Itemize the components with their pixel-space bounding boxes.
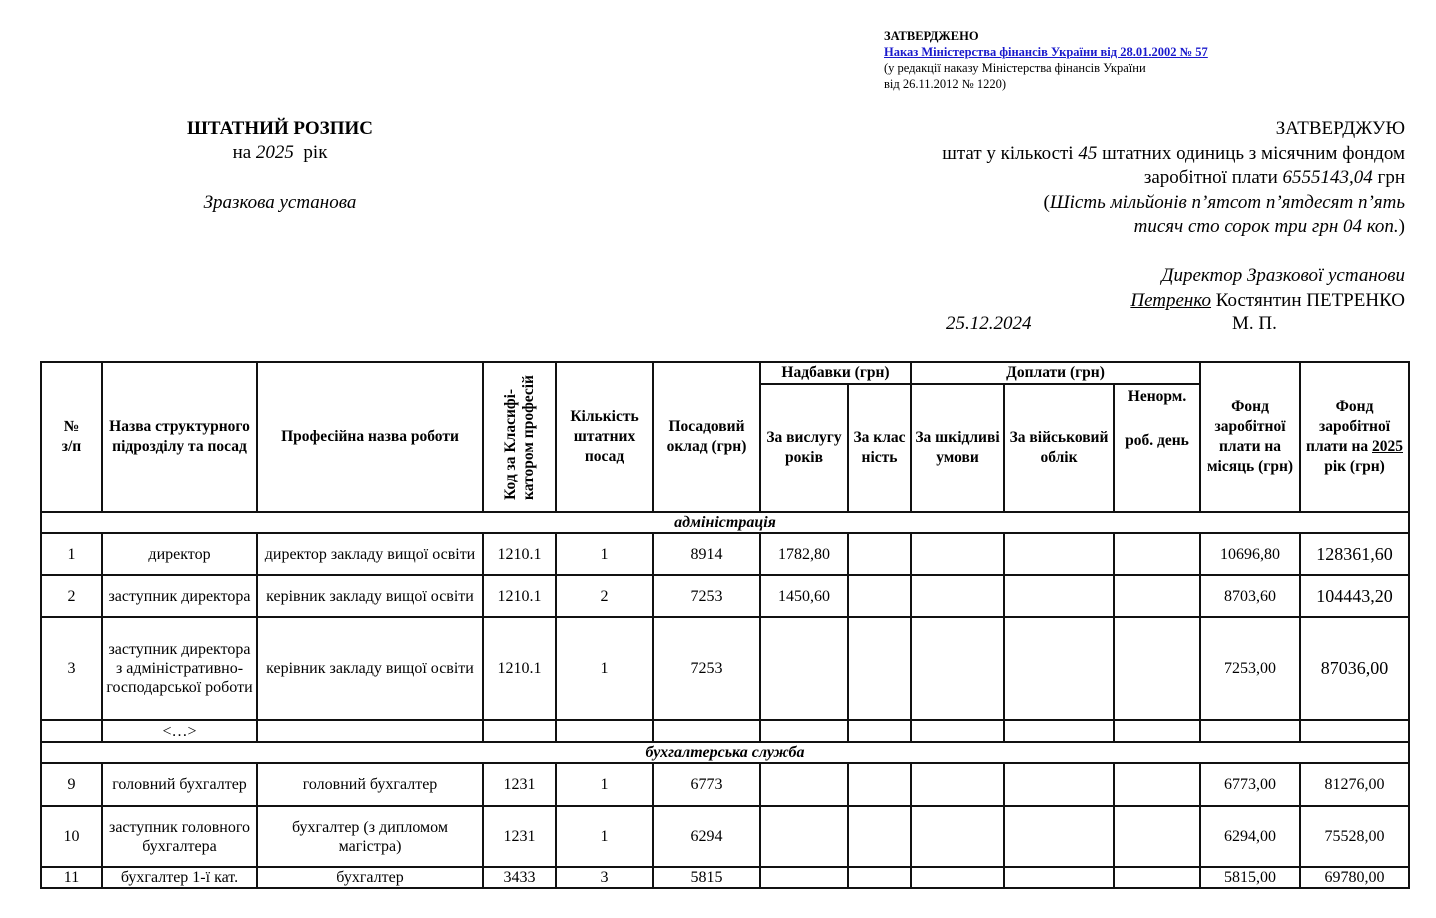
document-year: 2025 [256,142,294,163]
header-code-vertical: Код за Класифі- катором професій [502,375,538,500]
cell-harmful [911,867,1004,888]
cell-fund-month: 7253,00 [1200,617,1300,720]
header-allowances: Надбавки (грн) [760,362,911,384]
cell-unit: заступник директора [102,575,257,617]
cell-count: 1 [556,806,653,867]
cell-class [848,575,911,617]
order-link[interactable]: Наказ Міністерства фінансів України від … [884,45,1208,59]
cell-profession: бухгалтер (з дипломом магістра) [257,806,483,867]
header-irregular-bottom: роб. день [1117,431,1197,451]
cell-military [1004,867,1114,888]
cell-irregular [1114,806,1200,867]
edition-line-2: від 26.11.2012 № 1220) [884,76,1208,92]
cell-count: 3 [556,867,653,888]
cell-fund-year: 128361,60 [1300,533,1409,575]
cell-harmful [911,533,1004,575]
cell-fund-year: 81276,00 [1300,763,1409,806]
approval-date: 25.12.2024 [946,313,1032,335]
cell-fund-month: 5815,00 [1200,867,1300,888]
cell-class [848,867,911,888]
staff-count: 45 [1078,143,1097,164]
approved-title: ЗАТВЕРДЖЕНО [884,28,1208,44]
cell-count: 1 [556,617,653,720]
fund-currency: грн [1378,167,1405,188]
header-irregular-top: Ненорм. [1117,387,1197,407]
cell-fund-year [1300,720,1409,742]
year-suffix: рік [303,142,327,163]
staff-prefix: штат у кількості [942,143,1073,164]
cell-profession: керівник закладу вищої освіти [257,617,483,720]
cell-salary: 7253 [653,575,760,617]
document-year-line: на 2025 рік [120,141,440,165]
header-fund-month: Фонд заробітної плати на місяць (грн) [1200,362,1300,512]
fund-line: заробітної плати 6555143,04 грн [785,166,1405,191]
section-row: адміністрація [41,512,1409,533]
amount-words-line-1: (Шість мільйонів п’ятсот п’ятдесят п’ять [785,191,1405,216]
cell-unit: <…> [102,720,257,742]
header-code-line2: катором професій [520,375,538,500]
signatory-role: Директор Зразкової установи [785,264,1405,289]
cell-military [1004,575,1114,617]
cell-fund-year: 87036,00 [1300,617,1409,720]
signatory-name: Костянтин ПЕТРЕНКО [1216,290,1405,311]
cell-class [848,763,911,806]
approval-block: ЗАТВЕРДЖУЮ штат у кількості 45 штатних о… [785,117,1405,240]
fund-amount: 6555143,04 [1283,167,1373,188]
header-unit: Назва структурного підрозділу та посад [102,362,257,512]
cell-unit: директор [102,533,257,575]
cell-num: 10 [41,806,102,867]
section-row: бухгалтерська служба [41,742,1409,763]
cell-fund-year: 104443,20 [1300,575,1409,617]
cell-count: 1 [556,533,653,575]
cell-harmful [911,720,1004,742]
cell-code: 1210.1 [483,617,556,720]
cell-num: 1 [41,533,102,575]
signature: Петренко [1130,290,1211,311]
amount-words-line-2: тисяч сто сорок три грн 04 коп.) [785,215,1405,240]
cell-class [848,720,911,742]
header-count: Кількість штатних посад [556,362,653,512]
edition-line-1: (у редакції наказу Міністерства фінансів… [884,60,1208,76]
cell-fund-year: 75528,00 [1300,806,1409,867]
cell-profession: директор закладу вищої освіти [257,533,483,575]
cell-seniority: 1782,80 [760,533,848,575]
header-num-line1: № [44,417,99,437]
cell-irregular [1114,763,1200,806]
cell-fund-month: 10696,80 [1200,533,1300,575]
signatory-line: Петренко Костянтин ПЕТРЕНКО [785,289,1405,314]
staff-schedule-table: № з/п Назва структурного підрозділу та п… [40,361,1410,889]
year-prefix: на [233,142,252,163]
cell-seniority [760,720,848,742]
cell-fund-month: 8703,60 [1200,575,1300,617]
cell-num [41,720,102,742]
cell-fund-year: 69780,00 [1300,867,1409,888]
table-row: 1директордиректор закладу вищої освіти12… [41,533,1409,575]
cell-code: 1231 [483,806,556,867]
cell-code: 1210.1 [483,533,556,575]
header-allow-seniority: За вислугу років [760,384,848,512]
header-code: Код за Класифі- катором професій [483,362,556,512]
cell-profession: керівник закладу вищої освіти [257,575,483,617]
cell-irregular [1114,867,1200,888]
amount-words-2: тисяч сто сорок три грн 04 коп. [1134,216,1399,237]
cell-salary: 6294 [653,806,760,867]
fund-year-suffix: рік (грн) [1324,458,1385,475]
header-sur-harmful: За шкідливі умови [911,384,1004,512]
cell-fund-month: 6773,00 [1200,763,1300,806]
header-surcharges: Доплати (грн) [911,362,1200,384]
cell-irregular [1114,575,1200,617]
fund-prefix: заробітної плати [1144,167,1278,188]
header-num: № з/п [41,362,102,512]
cell-irregular [1114,617,1200,720]
cell-profession: головний бухгалтер [257,763,483,806]
cell-num: 9 [41,763,102,806]
cell-seniority: 1450,60 [760,575,848,617]
cell-military [1004,763,1114,806]
cell-military [1004,806,1114,867]
header-sur-irregular: Ненорм. роб. день [1114,384,1200,512]
amount-words-1: Шість мільйонів п’ятсот п’ятдесят п’ять [1050,192,1405,213]
cell-salary: 5815 [653,867,760,888]
table-row: <…> [41,720,1409,742]
cell-salary [653,720,760,742]
table-row: 11бухгалтер 1-ї кат.бухгалтер34333581558… [41,867,1409,888]
cell-code: 1231 [483,763,556,806]
cell-count [556,720,653,742]
approval-stamp: ЗАТВЕРДЖЕНО Наказ Міністерства фінансів … [884,28,1208,92]
cell-irregular [1114,720,1200,742]
table-body: адміністрація1директордиректор закладу в… [41,512,1409,888]
table-row: 10заступник головного бухгалтерабухгалте… [41,806,1409,867]
cell-harmful [911,617,1004,720]
cell-num: 3 [41,617,102,720]
table-row: 3заступник директора з адміністративно-г… [41,617,1409,720]
cell-num: 11 [41,867,102,888]
cell-irregular [1114,533,1200,575]
table-row: 2заступник директоракерівник закладу вищ… [41,575,1409,617]
header-code-line1: Код за Класифі- [502,375,520,500]
fund-year-value: 2025 [1372,438,1403,455]
header-sur-military: За військовий облік [1004,384,1114,512]
cell-unit: бухгалтер 1-ї кат. [102,867,257,888]
header-num-line2: з/п [44,437,99,457]
cell-class [848,806,911,867]
signatory-block: Директор Зразкової установи Петренко Кос… [785,264,1405,313]
header-salary: Посадовий оклад (грн) [653,362,760,512]
cell-salary: 8914 [653,533,760,575]
cell-unit: головний бухгалтер [102,763,257,806]
cell-count: 2 [556,575,653,617]
document-title-block: ШТАТНИЙ РОЗПИС на 2025 рік [120,117,440,165]
cell-profession: бухгалтер [257,867,483,888]
cell-class [848,617,911,720]
cell-seniority [760,763,848,806]
cell-profession [257,720,483,742]
cell-military [1004,617,1114,720]
cell-code: 3433 [483,867,556,888]
document-title: ШТАТНИЙ РОЗПИС [120,117,440,141]
cell-fund-month: 6294,00 [1200,806,1300,867]
cell-class [848,533,911,575]
cell-salary: 6773 [653,763,760,806]
cell-harmful [911,806,1004,867]
header-allow-class: За клас ність [848,384,911,512]
paren-close: ) [1399,216,1405,237]
cell-military [1004,533,1114,575]
table-row: 9головний бухгалтерголовний бухгалтер123… [41,763,1409,806]
cell-unit: заступник головного бухгалтера [102,806,257,867]
header-profession: Професійна назва роботи [257,362,483,512]
staff-line: штат у кількості 45 штатних одиниць з мі… [785,142,1405,167]
cell-code: 1210.1 [483,575,556,617]
section-title: адміністрація [41,512,1409,533]
cell-salary: 7253 [653,617,760,720]
approval-heading: ЗАТВЕРДЖУЮ [785,117,1405,142]
cell-harmful [911,763,1004,806]
cell-harmful [911,575,1004,617]
cell-fund-month [1200,720,1300,742]
cell-unit: заступник директора з адміністративно-го… [102,617,257,720]
cell-seniority [760,617,848,720]
cell-seniority [760,806,848,867]
seal-mark: М. П. [1232,313,1277,335]
cell-num: 2 [41,575,102,617]
staff-suffix: штатних одиниць з місячним фондом [1102,143,1405,164]
cell-military [1004,720,1114,742]
cell-code [483,720,556,742]
section-title: бухгалтерська служба [41,742,1409,763]
header-fund-year: Фонд заробітної плати на 2025 рік (грн) [1300,362,1409,512]
organization-name: Зразкова установа [120,192,440,214]
cell-seniority [760,867,848,888]
cell-count: 1 [556,763,653,806]
